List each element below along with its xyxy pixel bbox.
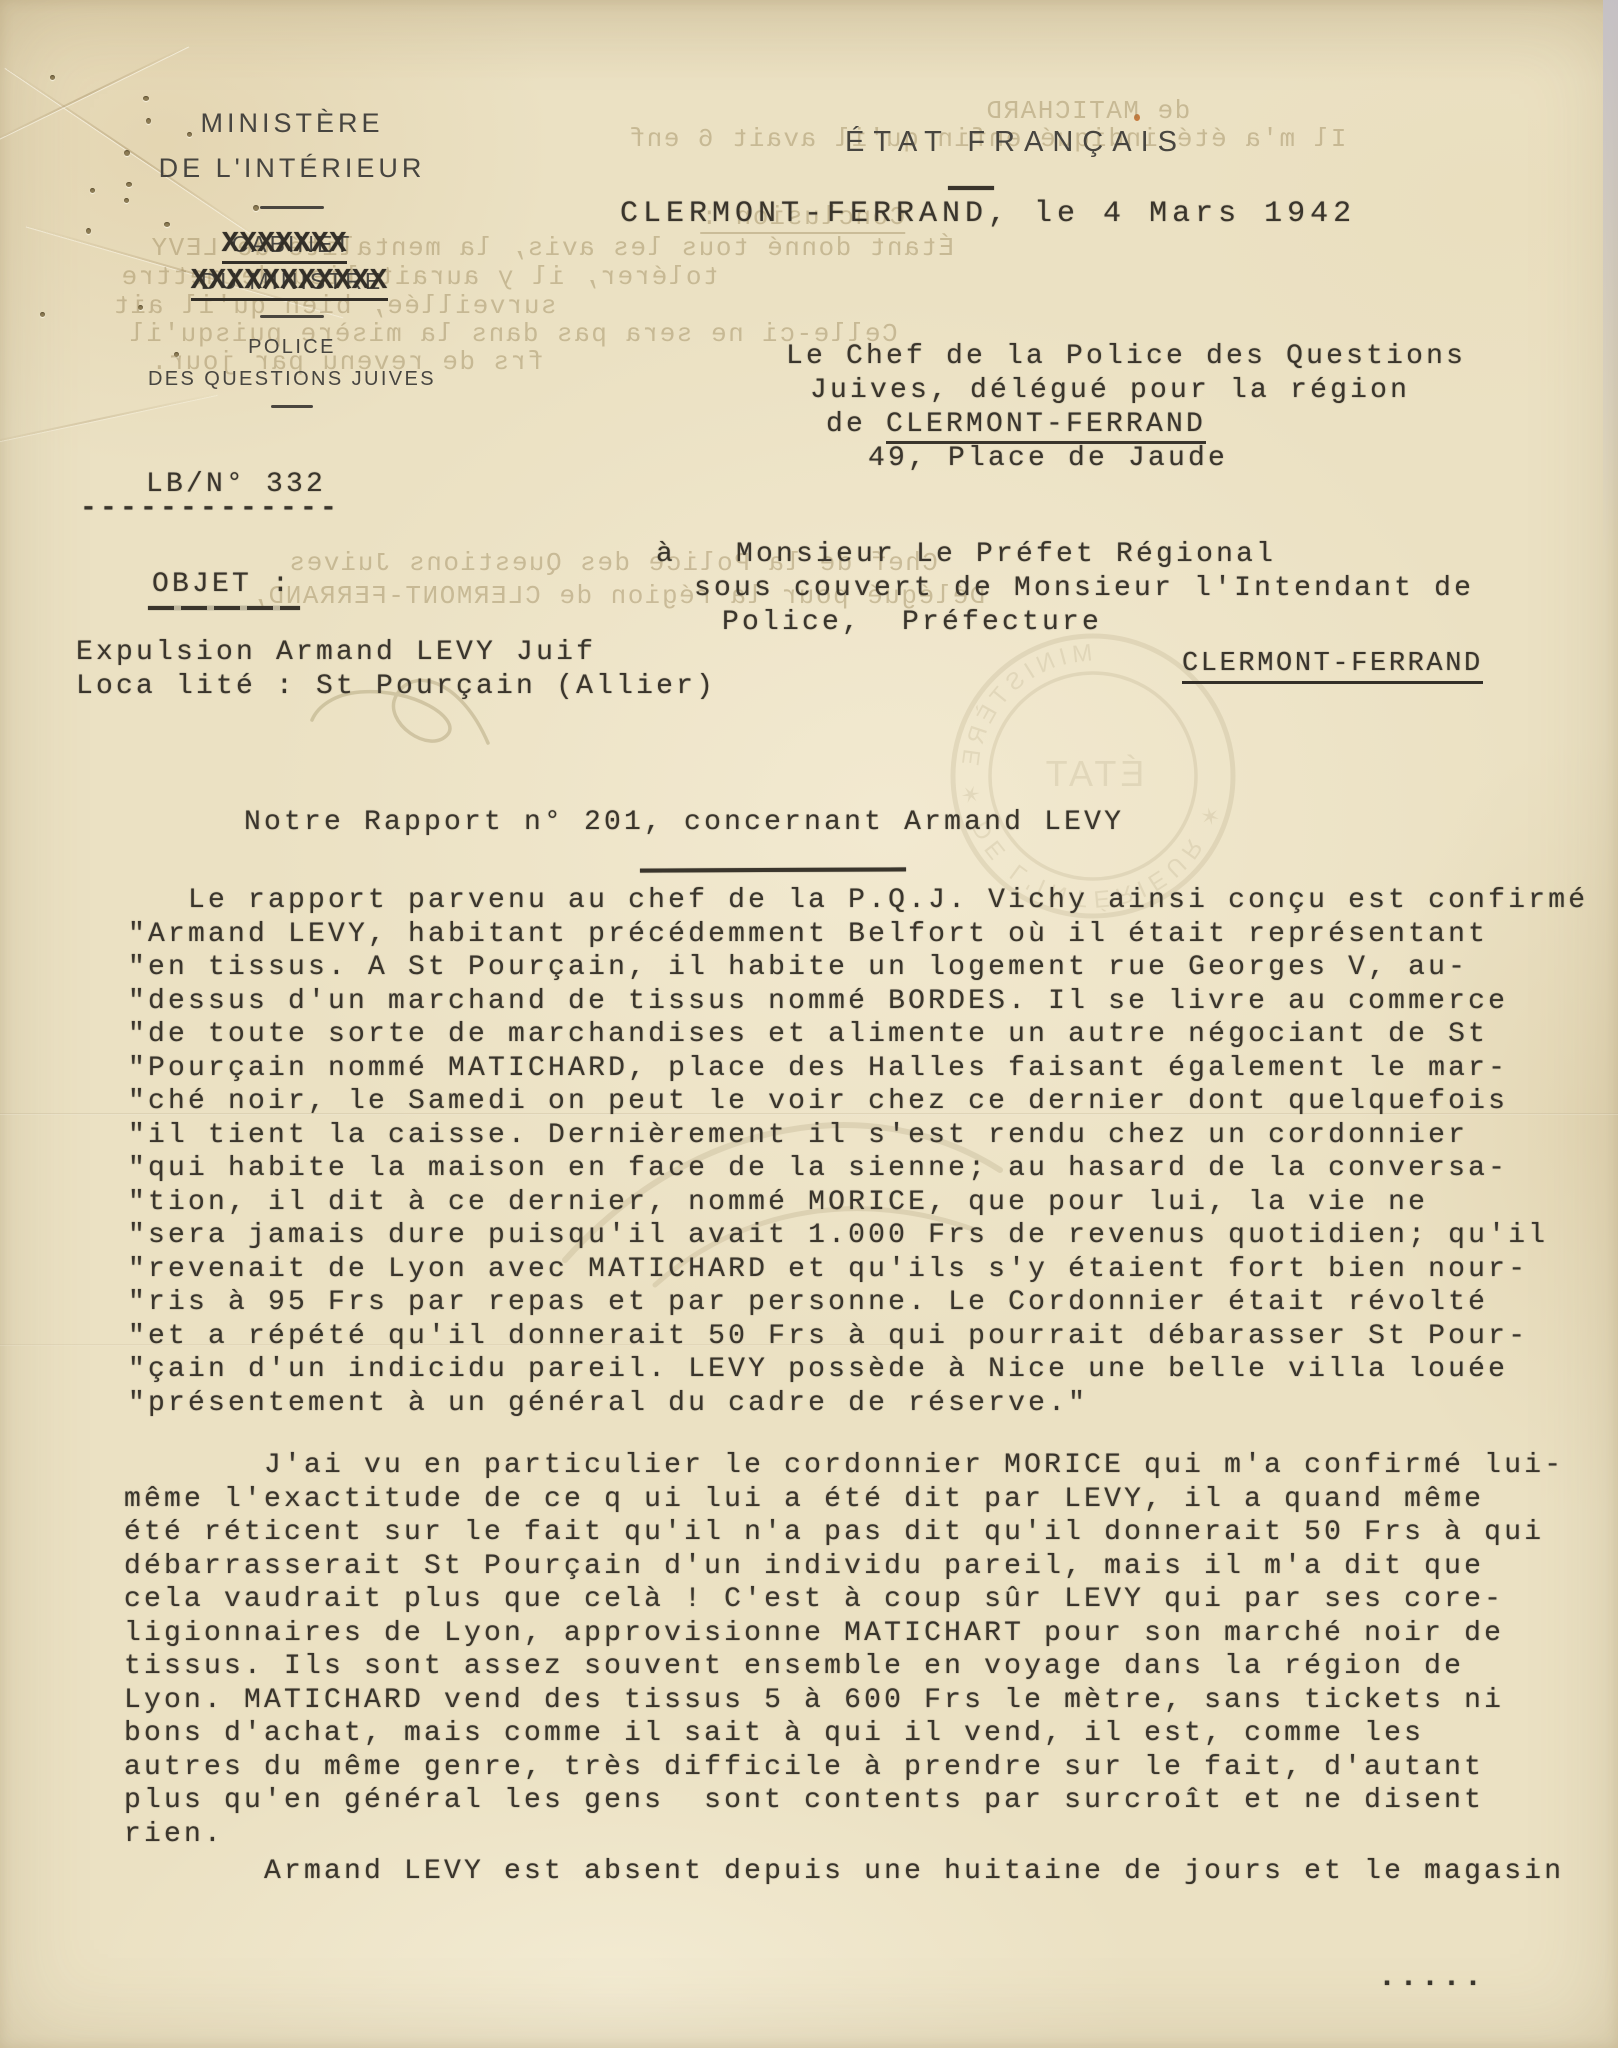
overstrike-x-row: XXXXXXX [222, 227, 347, 264]
svg-text:ÉTAT: ÉTAT [1042, 753, 1145, 794]
object-label: OBJET : [152, 568, 292, 602]
sender-city-underlined: CLERMONT-FERRAND [886, 409, 1206, 444]
verso-showthrough-line: de MATICHARD [985, 96, 1190, 126]
reference-dashes: ------------- [80, 492, 340, 526]
letterhead: MINISTÈRE DE L'INTÉRIEUR CABINET XXXXXXX… [92, 108, 492, 408]
sender-line: 49, Place de Jaude [868, 442, 1228, 476]
letterhead-ministry-line1: MINISTÈRE [92, 108, 492, 139]
overstrike-x-row: XXXXXXXXXXX [191, 264, 388, 301]
letterhead-rule [260, 206, 324, 209]
sender-line: Le Chef de la Police des Questions [786, 340, 1466, 374]
recipient-line: Monsieur Le Préfet Régional [736, 538, 1276, 572]
state-title: ÉTAT FRANÇAIS [845, 126, 1186, 159]
object-label-underline [148, 606, 300, 610]
body-paragraph-3: Armand LEVY est absent depuis une huitai… [124, 1855, 1564, 1889]
paper-hole [143, 96, 149, 101]
state-title-underline [948, 186, 994, 190]
place-date-line: CLERMONT-FERRAND, le 4 Mars 1942 [620, 198, 1356, 232]
body-paragraph-2: J'ai vu en particulier le cordonnier MOR… [124, 1449, 1564, 1851]
scan-edge-strip [1603, 0, 1618, 560]
subject-underline [640, 867, 906, 872]
letterhead-rule [271, 405, 313, 408]
object-line: Loca lité : St Pourçain (Allier) [76, 670, 716, 704]
document-page: de MATICHARD Il m'a été indiqué enfin qu… [0, 0, 1618, 2048]
recipient-line: Police, Préfecture [722, 606, 1102, 640]
recipient-city: CLERMONT-FERRAND [1182, 648, 1483, 682]
object-line: Expulsion Armand LEVY Juif [76, 636, 596, 670]
letterhead-rule [260, 315, 324, 318]
subject-line: Notre Rapport n° 201, concernant Armand … [244, 806, 1124, 840]
letterhead-service-line1: POLICE [92, 336, 492, 359]
letterhead-ministry-line2: DE L'INTÉRIEUR [92, 153, 492, 184]
continuation-dots: ..... [1378, 1962, 1486, 1996]
letterhead-struck-row1: CABINET XXXXXXX [92, 231, 492, 258]
letterhead-service-line2: DES QUESTIONS JUIVES [92, 368, 492, 391]
sender-line: de CLERMONT-FERRAND [826, 408, 1206, 442]
letterhead-struck-row2: DU MINISTRE XXXXXXXXXXX [92, 268, 492, 295]
body-paragraph-1: Le rapport parvenu au chef de la P.Q.J. … [128, 884, 1588, 1420]
recipient-line: sous couvert de Monsieur l'Intendant de [694, 572, 1474, 606]
paper-hole [86, 228, 91, 234]
paper-hole [50, 75, 55, 80]
sender-line: Juives, délégué pour la région [810, 374, 1410, 408]
paper-hole [40, 312, 45, 317]
recipient-particle: à [656, 538, 676, 572]
